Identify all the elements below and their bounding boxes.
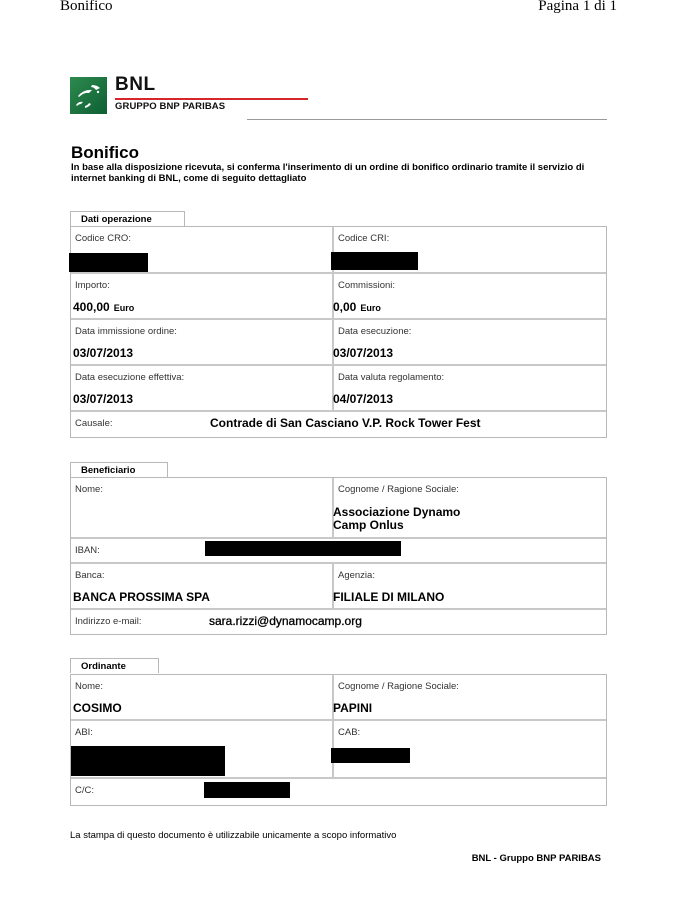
label-beneficiario-nome: Nome: xyxy=(75,484,103,495)
label-data-esecuzione-effettiva: Data esecuzione effettiva: xyxy=(75,372,184,383)
section-tab-dati-operazione: Dati operazione xyxy=(70,211,185,226)
field-beneficiario-cognome: Cognome / Ragione Sociale: Associazione … xyxy=(334,478,606,537)
field-email: Indirizzo e-mail: sara.rizzi@dynamocamp.… xyxy=(71,610,606,634)
ordinante-section: Nome: COSIMO Cognome / Ragione Sociale: … xyxy=(70,674,607,806)
section-tab-ordinante: Ordinante xyxy=(70,658,159,673)
label-cc: C/C: xyxy=(75,785,94,796)
redacted-codice-cro xyxy=(69,253,148,272)
print-header-title: Bonifico xyxy=(60,0,113,15)
value-email: sara.rizzi@dynamocamp.org xyxy=(209,614,362,628)
row-banca: Banca: BANCA PROSSIMA SPA Agenzia: FILIA… xyxy=(71,564,606,610)
value-importo: 400,00Euro xyxy=(73,300,134,314)
value-data-valuta: 04/07/2013 xyxy=(333,392,393,406)
row-causale: Causale: Contrade di San Casciano V.P. R… xyxy=(71,412,606,437)
section-tab-beneficiario: Beneficiario xyxy=(70,462,168,477)
value-agenzia: FILIALE DI MILANO xyxy=(333,590,444,604)
field-cab: CAB: xyxy=(334,721,606,777)
field-agenzia: Agenzia: FILIALE DI MILANO xyxy=(334,564,606,608)
field-importo: Importo: 400,00Euro xyxy=(71,274,334,318)
field-iban: IBAN: xyxy=(71,539,606,562)
label-importo: Importo: xyxy=(75,280,110,291)
label-codice-cro: Codice CRO: xyxy=(75,233,131,244)
row-date-1: Data immissione ordine: 03/07/2013 Data … xyxy=(71,320,606,366)
redacted-cab xyxy=(331,748,410,763)
label-causale: Causale: xyxy=(75,418,113,429)
value-ordinante-cognome: PAPINI xyxy=(333,701,372,715)
dati-operazione-section: Codice CRO: Codice CRI: Importo: 400,00E… xyxy=(70,226,607,438)
value-data-immissione: 03/07/2013 xyxy=(73,346,133,360)
row-iban: IBAN: xyxy=(71,539,606,564)
document-intro: In base alla disposizione ricevuta, si c… xyxy=(71,162,611,184)
value-data-esecuzione-effettiva: 03/07/2013 xyxy=(73,392,133,406)
row-email: Indirizzo e-mail: sara.rizzi@dynamocamp.… xyxy=(71,610,606,634)
label-codice-cri: Codice CRI: xyxy=(338,233,389,244)
value-data-esecuzione: 03/07/2013 xyxy=(333,346,393,360)
field-beneficiario-nome: Nome: xyxy=(71,478,334,537)
value-banca: BANCA PROSSIMA SPA xyxy=(73,590,210,604)
value-beneficiario-cognome: Associazione DynamoCamp Onlus xyxy=(333,506,460,532)
field-abi: ABI: xyxy=(71,721,334,777)
row-ordinante-nome: Nome: COSIMO Cognome / Ragione Sociale: … xyxy=(71,675,606,721)
label-beneficiario-cognome: Cognome / Ragione Sociale: xyxy=(338,484,459,495)
logo-red-bar xyxy=(115,98,308,100)
print-header-page: Pagina 1 di 1 xyxy=(538,0,617,15)
field-banca: Banca: BANCA PROSSIMA SPA xyxy=(71,564,334,608)
field-data-esecuzione-effettiva: Data esecuzione effettiva: 03/07/2013 xyxy=(71,366,334,410)
redacted-abi xyxy=(71,746,225,776)
label-data-valuta: Data valuta regolamento: xyxy=(338,372,444,383)
field-data-esecuzione: Data esecuzione: 03/07/2013 xyxy=(334,320,606,364)
row-cc: C/C: xyxy=(71,779,606,805)
row-date-2: Data esecuzione effettiva: 03/07/2013 Da… xyxy=(71,366,606,412)
row-abi-cab: ABI: CAB: xyxy=(71,721,606,779)
value-ordinante-nome: COSIMO xyxy=(73,701,122,715)
redacted-codice-cri xyxy=(331,252,418,270)
beneficiario-section: Nome: Cognome / Ragione Sociale: Associa… xyxy=(70,477,607,635)
label-ordinante-cognome: Cognome / Ragione Sociale: xyxy=(338,681,459,692)
row-codici: Codice CRO: Codice CRI: xyxy=(71,227,606,274)
logo-name: BNL xyxy=(115,74,156,96)
label-banca: Banca: xyxy=(75,570,105,581)
footer-brand: BNL - Gruppo BNP PARIBAS xyxy=(472,853,601,864)
label-data-esecuzione: Data esecuzione: xyxy=(338,326,411,337)
field-cc: C/C: xyxy=(71,779,606,805)
bnl-logo: BNL GRUPPO BNP PARIBAS xyxy=(70,77,240,114)
value-commissioni: 0,00Euro xyxy=(333,300,381,314)
field-causale: Causale: Contrade di San Casciano V.P. R… xyxy=(71,412,606,437)
label-email: Indirizzo e-mail: xyxy=(75,616,142,627)
document-title: Bonifico xyxy=(71,143,139,163)
field-data-immissione: Data immissione ordine: 03/07/2013 xyxy=(71,320,334,364)
logo-subtitle: GRUPPO BNP PARIBAS xyxy=(115,101,225,112)
redacted-iban xyxy=(205,541,401,556)
label-agenzia: Agenzia: xyxy=(338,570,375,581)
field-codice-cri: Codice CRI: xyxy=(334,227,606,272)
label-data-immissione: Data immissione ordine: xyxy=(75,326,177,337)
row-importi: Importo: 400,00Euro Commissioni: 0,00Eur… xyxy=(71,274,606,320)
label-iban: IBAN: xyxy=(75,545,100,556)
label-abi: ABI: xyxy=(75,727,93,738)
header-divider xyxy=(247,119,607,120)
label-ordinante-nome: Nome: xyxy=(75,681,103,692)
field-ordinante-nome: Nome: COSIMO xyxy=(71,675,334,719)
value-causale: Contrade di San Casciano V.P. Rock Tower… xyxy=(210,416,481,430)
row-beneficiario-nome: Nome: Cognome / Ragione Sociale: Associa… xyxy=(71,478,606,539)
disclaimer-note: La stampa di questo documento è utilizza… xyxy=(70,830,396,841)
field-data-valuta: Data valuta regolamento: 04/07/2013 xyxy=(334,366,606,410)
redacted-cc xyxy=(204,782,290,798)
field-commissioni: Commissioni: 0,00Euro xyxy=(334,274,606,318)
field-codice-cro: Codice CRO: xyxy=(71,227,334,272)
label-commissioni: Commissioni: xyxy=(338,280,395,291)
field-ordinante-cognome: Cognome / Ragione Sociale: PAPINI xyxy=(334,675,606,719)
label-cab: CAB: xyxy=(338,727,360,738)
bnp-stars-icon xyxy=(70,77,107,114)
